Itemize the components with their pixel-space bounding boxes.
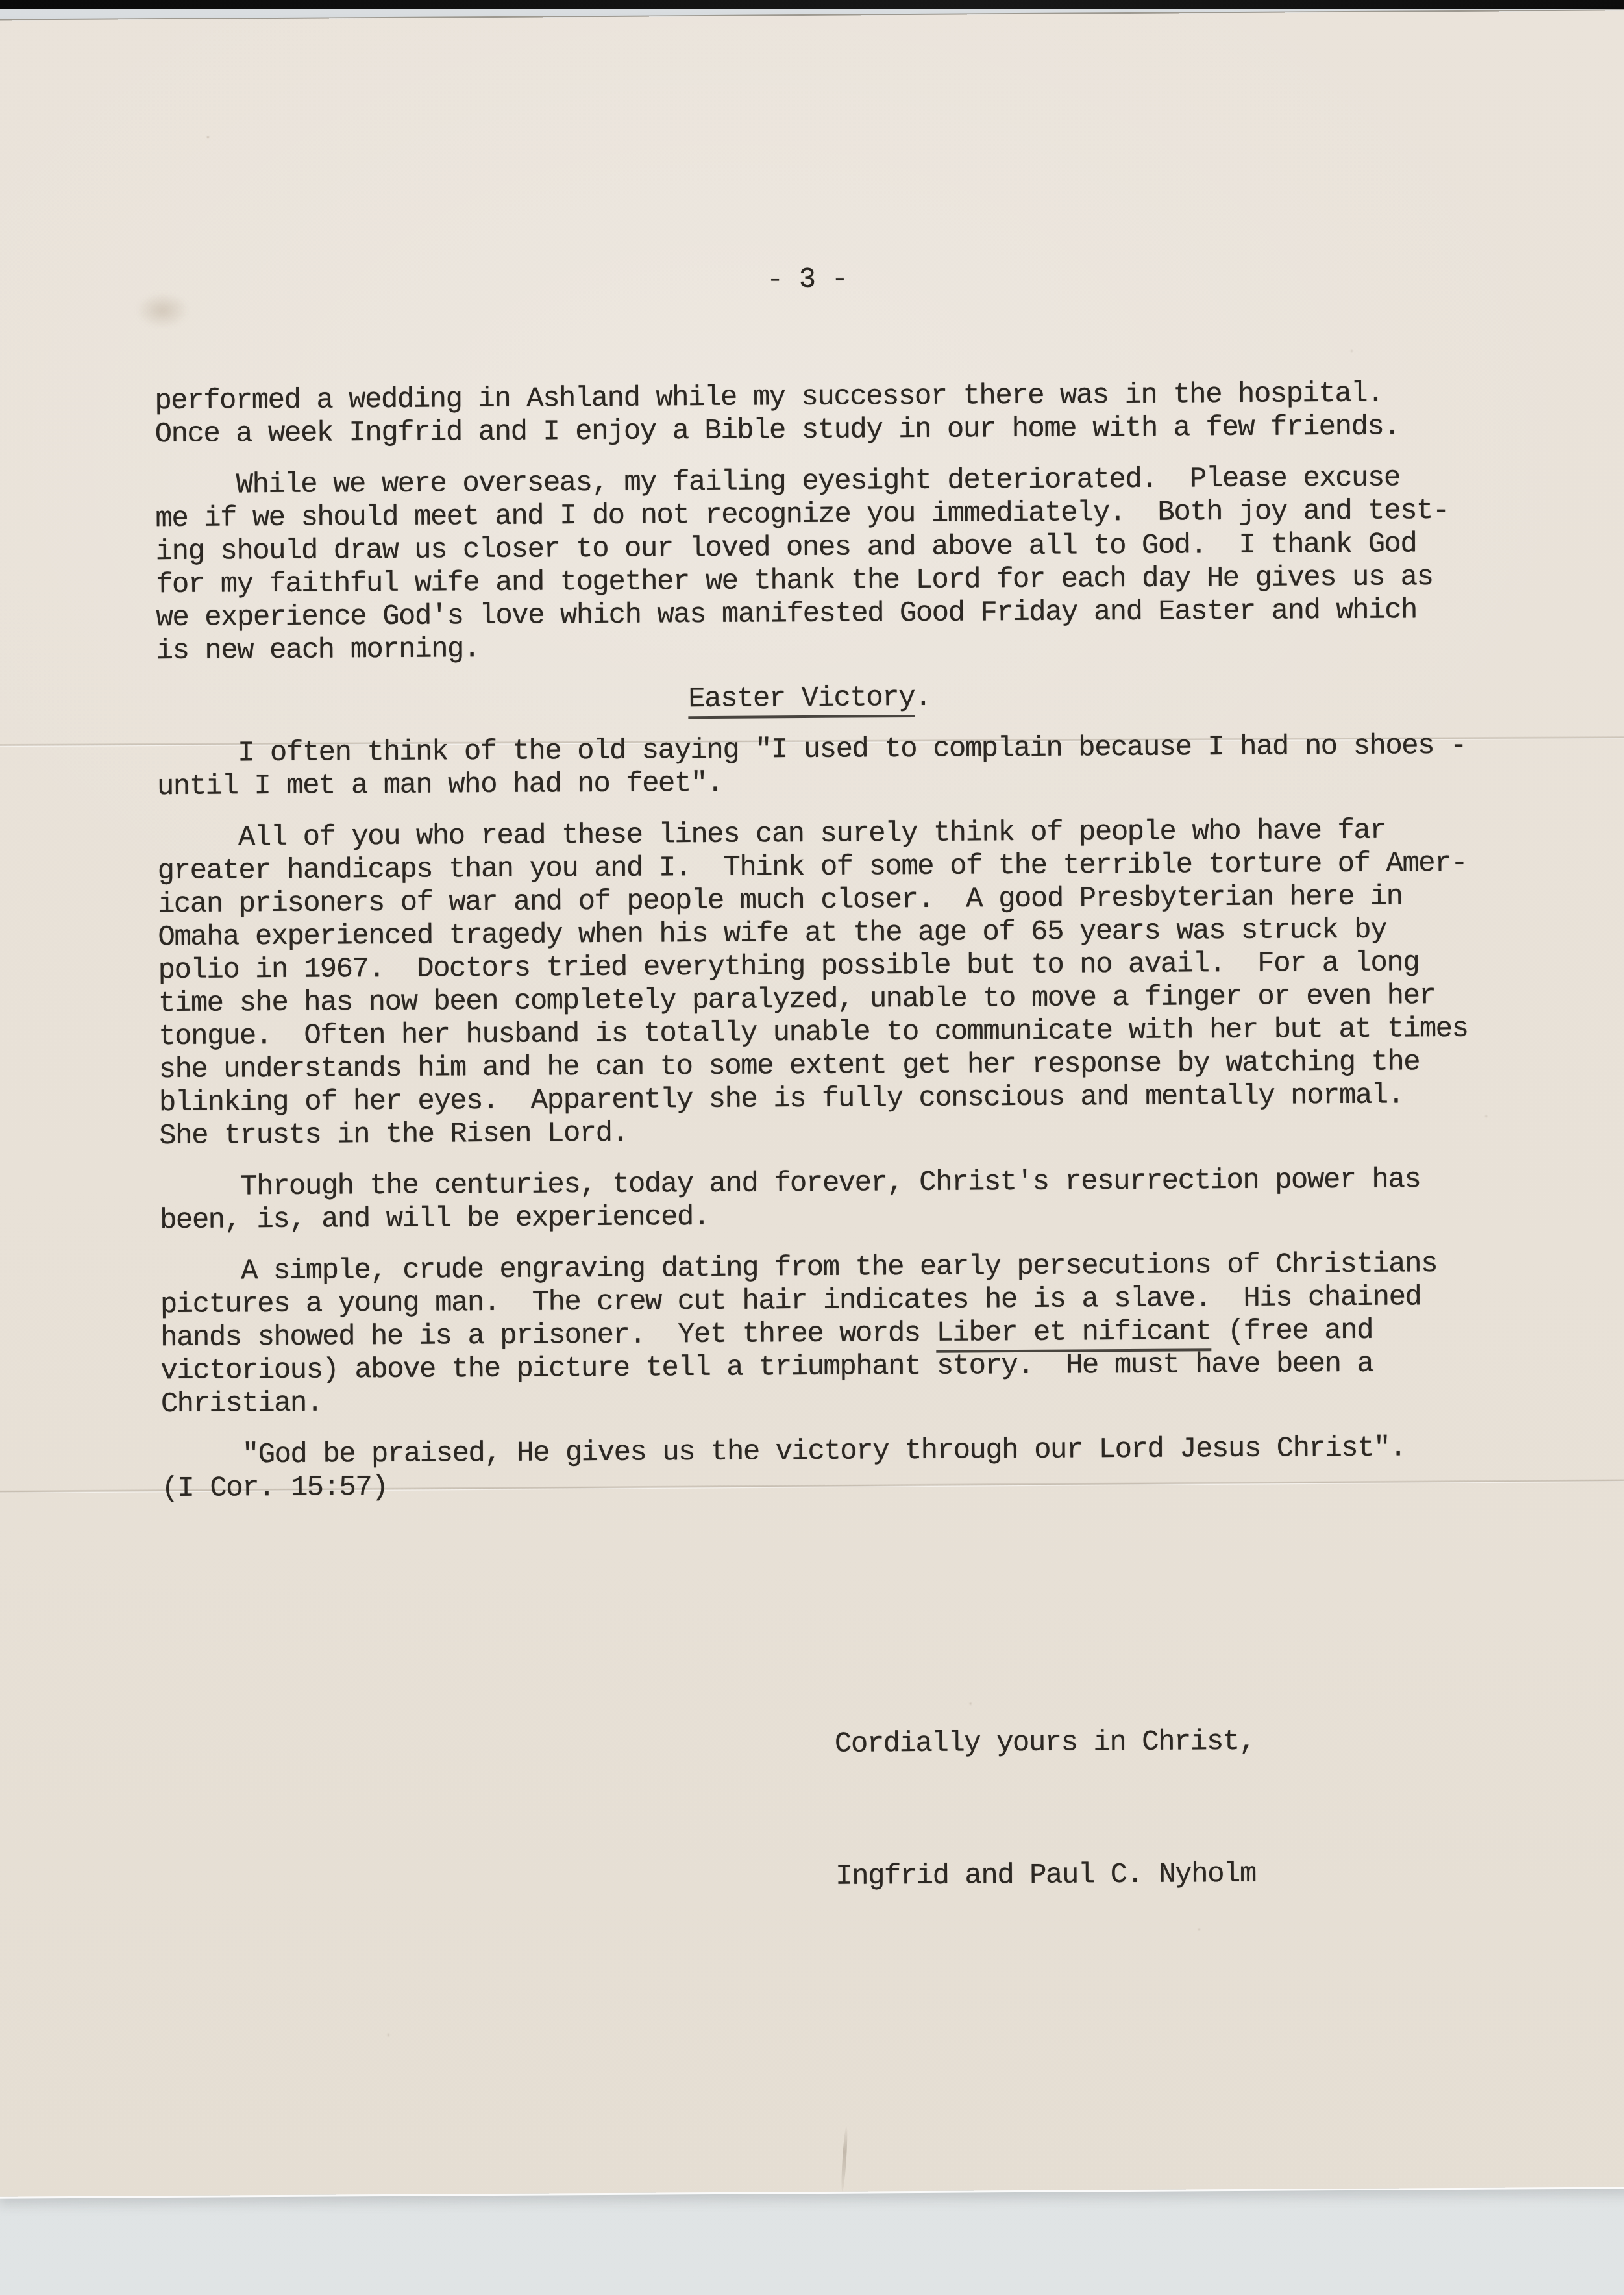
text-line: (I Cor. 15:57): [161, 1465, 1467, 1506]
text-line: been, is, and will be experienced.: [160, 1197, 1466, 1237]
text-line: She trusts in the Risen Lord.: [159, 1112, 1465, 1153]
underlined-text: Liber et nificant: [936, 1315, 1211, 1353]
underlined-text: Easter Victory: [688, 682, 915, 719]
paragraph: I often think of the old saying "I used …: [157, 730, 1464, 804]
paragraph: "God be praised, He gives us the victory…: [161, 1432, 1468, 1506]
paragraph: A simple, crude engraving dating from th…: [160, 1248, 1467, 1421]
text-line: is new each morning.: [156, 627, 1462, 668]
letter-paper: - 3 - performed a wedding in Ashland whi…: [0, 10, 1624, 2196]
scanner-lid-strip: [0, 0, 1624, 9]
paragraph: Through the centuries, today and forever…: [160, 1163, 1466, 1237]
letter-body: performed a wedding in Ashland while my …: [154, 377, 1468, 1506]
closing-salutation: Cordially yours in Christ,: [835, 1724, 1469, 1761]
paragraph: performed a wedding in Ashland while my …: [154, 377, 1461, 451]
scanned-letter-page: - 3 - performed a wedding in Ashland whi…: [0, 0, 1624, 2295]
text-line: until I met a man who had no feet".: [157, 763, 1463, 804]
section-heading: Easter Victory.: [156, 678, 1462, 719]
text-line: Once a week Ingfrid and I enjoy a Bible …: [155, 410, 1461, 451]
text-line: Easter Victory.: [156, 678, 1462, 719]
page-number: - 3 -: [154, 260, 1460, 301]
closing-block: Cordially yours in Christ, Ingfrid and P…: [834, 1658, 1470, 1960]
closing-signature: Ingfrid and Paul C. Nyholm: [835, 1857, 1470, 1894]
letter-content: - 3 - performed a wedding in Ashland whi…: [0, 10, 1624, 2196]
paragraph: All of you who read these lines can sure…: [157, 814, 1465, 1153]
paragraph: While we were overseas, my failing eyesi…: [155, 462, 1462, 668]
